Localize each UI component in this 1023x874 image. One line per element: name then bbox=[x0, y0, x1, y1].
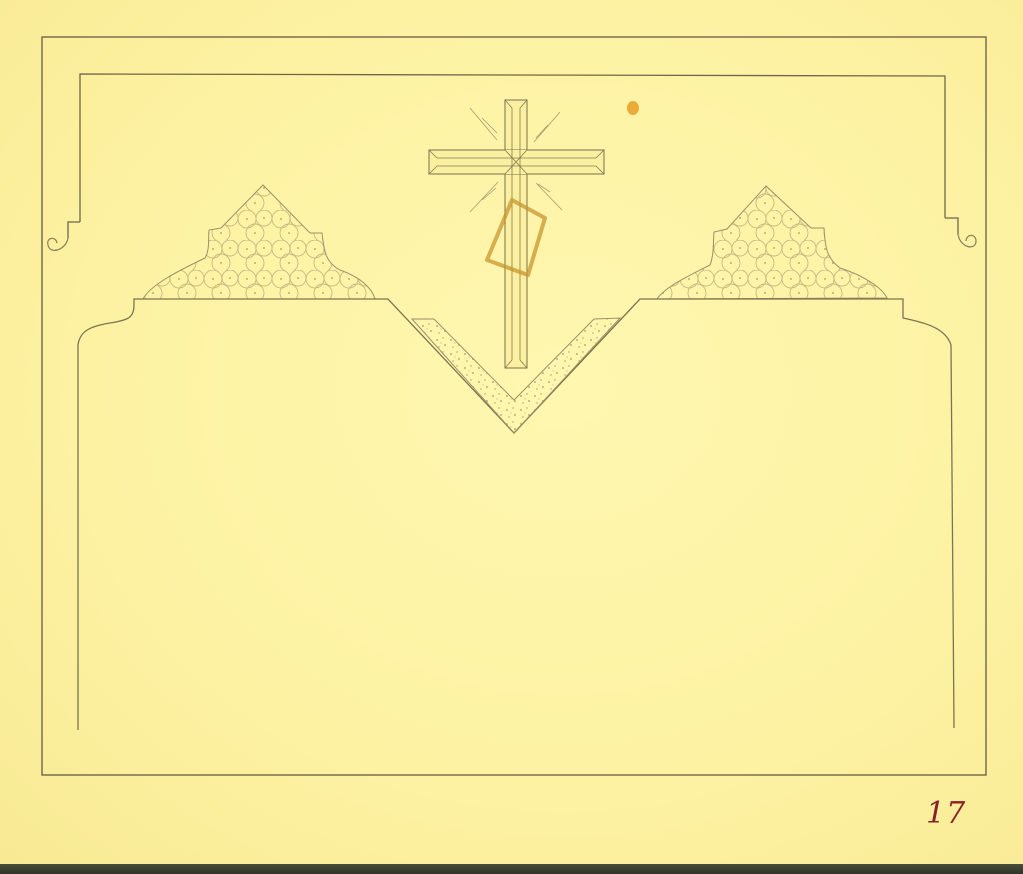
orange-spot bbox=[627, 101, 639, 115]
left-scroll-icon bbox=[48, 238, 68, 250]
left-stippled-pediment bbox=[143, 185, 375, 299]
right-stippled-pediment bbox=[657, 186, 887, 299]
scan-bottom-edge bbox=[0, 864, 1023, 874]
cross-with-radiating-rays bbox=[429, 100, 604, 368]
right-scroll-icon bbox=[958, 234, 976, 247]
pencil-drawing bbox=[0, 0, 1023, 874]
page-number: 17 bbox=[926, 796, 966, 831]
